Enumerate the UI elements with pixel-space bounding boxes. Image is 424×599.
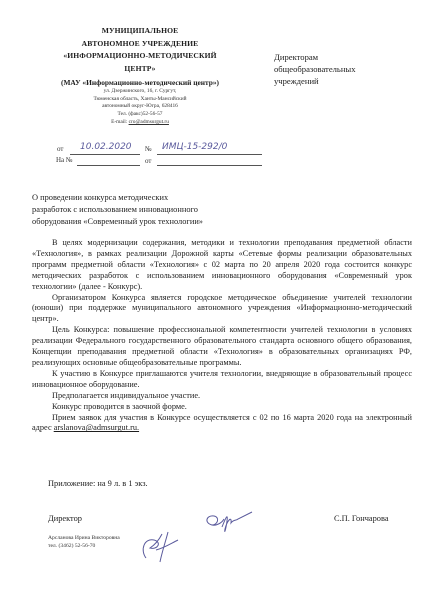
- number-label: №: [145, 145, 152, 153]
- body-paragraph-4: К участию в Конкурсе приглашаются учител…: [32, 369, 412, 391]
- number-underline: [157, 154, 262, 155]
- address-line-3: автономный округ-Югра, 628416: [40, 103, 240, 111]
- letter-subject: О проведении конкурса методических разра…: [32, 192, 272, 227]
- recipient-block: Директорам общеобразовательных учреждени…: [274, 52, 356, 87]
- executor-block: Арсланова Ирина Викторовна тел. (3462) 5…: [48, 534, 120, 550]
- body-paragraph-7: Прием заявок для участия в Конкурсе осущ…: [32, 413, 412, 435]
- body-paragraph-6: Конкурс проводится в заочной форме.: [32, 402, 412, 413]
- email-line: E-mail: cro@admsurgut.ru: [40, 119, 240, 127]
- executor-phone: тел. (3462) 52-56-70: [48, 542, 120, 550]
- reply-from-label: от: [145, 157, 151, 165]
- org-email-link[interactable]: cro@admsurgut.ru: [129, 119, 169, 125]
- subject-line-1: О проведении конкурса методических: [32, 192, 272, 204]
- body-paragraph-2: Организатором Конкурса является городско…: [32, 293, 412, 326]
- reply-to-label: На №: [56, 156, 73, 164]
- recipient-line-3: учреждений: [274, 76, 356, 88]
- reply-date-underline: [157, 165, 262, 166]
- recipient-line-2: общеобразовательных: [274, 64, 356, 76]
- org-name-line-3: «ИНФОРМАЦИОННО-МЕТОДИЧЕСКИЙ: [40, 50, 240, 63]
- from-label: от: [57, 145, 63, 153]
- signer-name: С.П. Гончарова: [334, 514, 389, 523]
- org-short-name: (МАУ «Информационно-методический центр»): [40, 77, 240, 88]
- executor-name: Арсланова Ирина Викторовна: [48, 534, 120, 542]
- subject-line-2: разработок с использованием инновационно…: [32, 204, 272, 216]
- director-signature-icon: [200, 507, 260, 539]
- subject-line-3: оборудования «Современный урок технологи…: [32, 216, 272, 228]
- executor-signature-icon: [138, 528, 182, 568]
- org-name-line-2: АВТОНОМНОЕ УЧРЕЖДЕНИЕ: [40, 38, 240, 51]
- letter-number: ИМЦ-15-292/0: [162, 142, 227, 152]
- signer-position: Директор: [48, 514, 82, 523]
- body-paragraph-5: Предполагается индивидуальное участие.: [32, 391, 412, 402]
- recipient-line-1: Директорам: [274, 52, 356, 64]
- email-label: E-mail:: [111, 119, 129, 125]
- body-paragraph-1: В целях модернизации содержания, методик…: [32, 238, 412, 293]
- appendix-note: Приложение: на 9 л. в 1 экз.: [48, 479, 148, 488]
- org-name-line-1: МУНИЦИПАЛЬНОЕ: [40, 25, 240, 38]
- date-underline: [70, 154, 140, 155]
- submission-email-link[interactable]: arslanova@admsurgut.ru.: [54, 423, 139, 432]
- letter-date: 10.02.2020: [80, 142, 132, 152]
- reply-number-underline: [77, 165, 140, 166]
- letter-body: В целях модернизации содержания, методик…: [32, 238, 412, 434]
- phone-fax: Тел. (факс)52-56-57: [40, 111, 240, 119]
- org-name-line-4: ЦЕНТР»: [40, 63, 240, 76]
- body-paragraph-3: Цель Конкурса: повышение профессионально…: [32, 325, 412, 369]
- letterhead: МУНИЦИПАЛЬНОЕ АВТОНОМНОЕ УЧРЕЖДЕНИЕ «ИНФ…: [40, 25, 240, 127]
- address-line-1: ул. Дзержинского, 16, г. Сургут,: [40, 88, 240, 96]
